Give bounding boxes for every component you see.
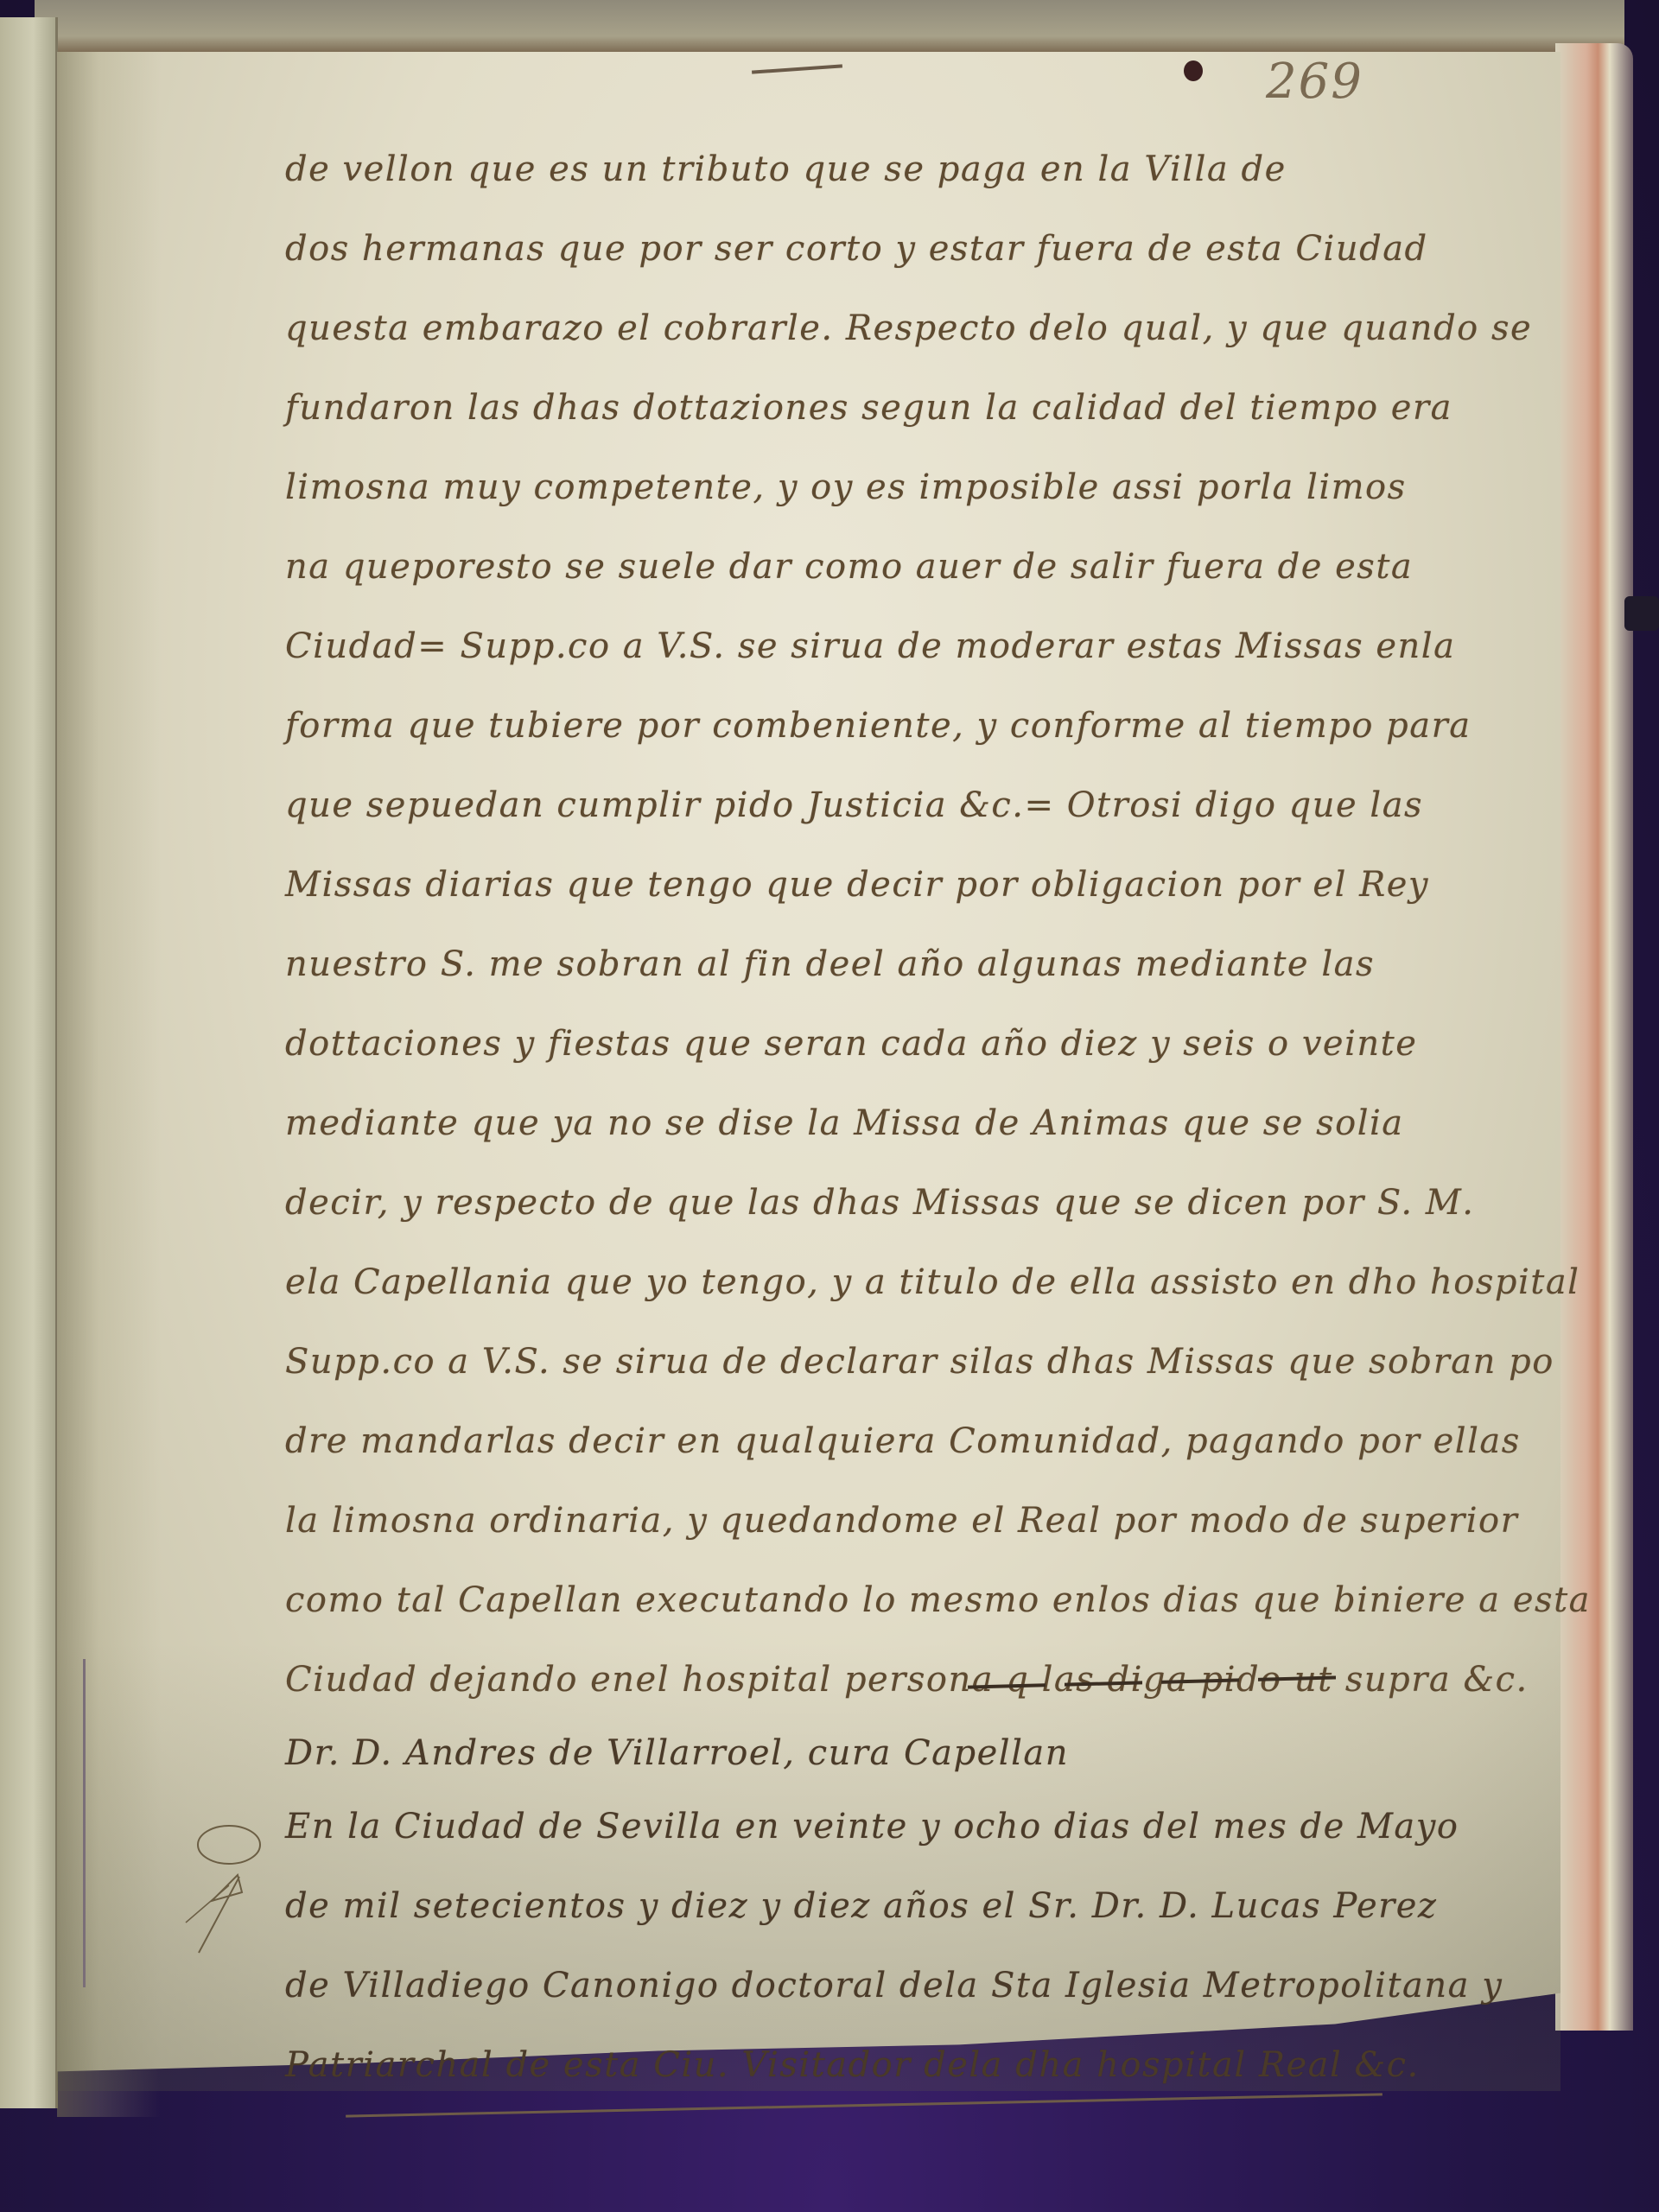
text-line: la limosna ordinaria, y quedandome el Re… [285, 1481, 1417, 1560]
text-line: dre mandarlas decir en qualquiera Comuni… [285, 1402, 1417, 1481]
text-line: questa embarazo el cobrarle. Respecto de… [285, 289, 1417, 368]
text-line: Patriarchal de esta Ciu. Visitador dela … [285, 2025, 1417, 2105]
text-line: de mil setecientos y diez y diez años el… [285, 1866, 1417, 1946]
text-line: Ciudad= Supp.co a V.S. se sirua de moder… [285, 607, 1417, 686]
margin-flourish-icon [177, 1823, 272, 1961]
signature-line: Dr. D. Andres de Villarroel, cura Capell… [285, 1719, 1417, 1787]
text-line: na queporesto se suele dar como auer de … [285, 527, 1417, 607]
text-line: nuestro S. me sobran al fin deel año alg… [285, 925, 1417, 1004]
page-stack-edge [1555, 43, 1633, 2031]
text-line: Supp.co a V.S. se sirua de declarar sila… [285, 1322, 1417, 1402]
text-line: de vellon que es un tributo que se paga … [285, 130, 1417, 209]
text-line: fundaron las dhas dottaziones segun la c… [285, 368, 1417, 448]
text-line: que sepuedan cumplir pido Justicia &c.= … [285, 766, 1417, 845]
text-line: como tal Capellan executando lo mesmo en… [285, 1560, 1417, 1640]
bookmark-ribbon [1624, 596, 1659, 631]
text-line: Missas diarias que tengo que decir por o… [285, 845, 1417, 925]
book-top-edge [35, 0, 1624, 52]
text-line: dottaciones y fiestas que seran cada año… [285, 1004, 1417, 1084]
margin-rule [83, 1659, 86, 1987]
text-line: ela Capellania que yo tengo, y a titulo … [285, 1243, 1417, 1322]
text-line: En la Ciudad de Sevilla en veinte y ocho… [285, 1787, 1417, 1866]
text-line: forma que tubiere por combeniente, y con… [285, 686, 1417, 766]
facing-page-edge [0, 17, 58, 2108]
ink-blot [1184, 60, 1203, 81]
text-line: mediante que ya no se dise la Missa de A… [285, 1084, 1417, 1163]
text-line: de Villadiego Canonigo doctoral dela Sta… [285, 1946, 1417, 2025]
text-line: dos hermanas que por ser corto y estar f… [285, 209, 1417, 289]
text-line: decir, y respecto de que las dhas Missas… [285, 1163, 1417, 1243]
text-line: limosna muy competente, y oy es imposibl… [285, 448, 1417, 527]
folio-number: 269 [1266, 54, 1363, 110]
manuscript-text: de vellon que es un tributo que se paga … [285, 130, 1417, 2105]
